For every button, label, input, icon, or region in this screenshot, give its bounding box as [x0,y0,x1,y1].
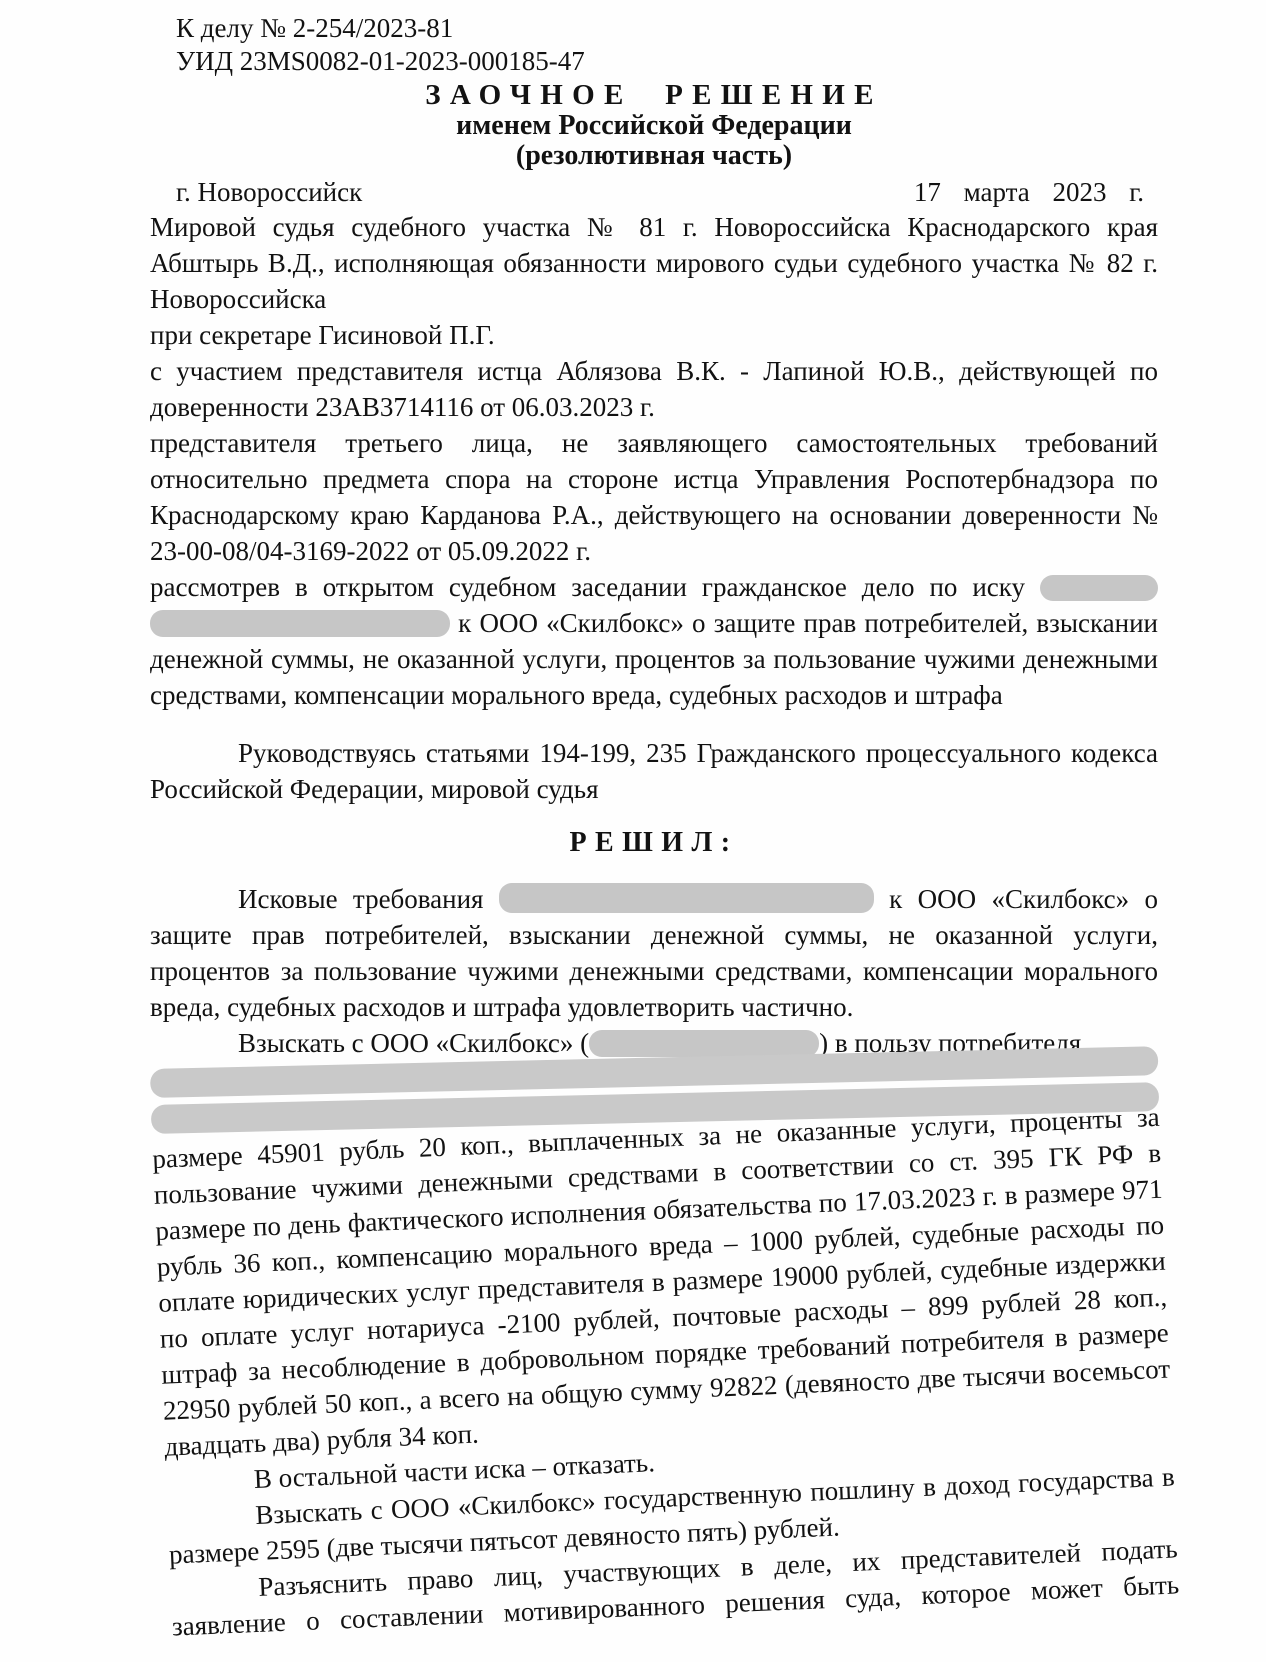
text-run: с участием представителя истца Аблязова … [150,356,1158,422]
plaintiff-rep-line: с участием представителя истца Аблязова … [150,353,1158,425]
court-decision-page: К делу № 2-254/2023-81 УИД 23MS0082-01-2… [0,0,1266,1662]
text-run: Взыскать с ООО «Скилбокс» ( [238,1028,589,1058]
redaction-pill [150,610,450,637]
document-body-lower: размере 45901 рубль 20 коп., выплаченных… [152,1099,1180,1645]
case-header: К делу № 2-254/2023-81 УИД 23MS0082-01-2… [176,12,1158,78]
third-party-rep-line: представителя третьего лица, не заявляющ… [150,425,1158,569]
document-title-note: (резолютивная часть) [150,141,1158,171]
title-block: ЗАОЧНОЕ РЕШЕНИЕ именем Российской Федера… [150,80,1158,171]
case-uid: УИД 23MS0082-01-2023-000185-47 [176,45,1158,78]
date: 17 марта 2023 г. [914,175,1158,209]
text-run: размере 45901 рубль 20 коп., выплаченных… [152,1102,1171,1462]
redaction-pill [1040,575,1158,601]
case-review-line: рассмотрев в открытом судебном заседании… [150,569,1158,713]
skewed-lower-block: размере 45901 рубль 20 коп., выплаченных… [150,1046,1171,1645]
text-run: РЕШИЛ: [570,827,739,858]
text-run: Исковые требования [238,884,499,914]
text-run: Руководствуясь статьями 194-199, 235 Гра… [150,738,1158,804]
secretary-line: при секретаре Гисиновой П.Г. [150,317,1158,353]
text-run: при секретаре Гисиновой П.Г. [150,320,495,350]
document-subtitle: именем Российской Федерации [150,111,1158,141]
ruling-heading: РЕШИЛ: [150,827,1158,859]
text-run: рассмотрев в открытом судебном заседании… [150,572,1040,602]
document-content: К делу № 2-254/2023-81 УИД 23MS0082-01-2… [150,12,1158,1645]
place-date-line: г. Новороссийск 17 марта 2023 г. [150,175,1158,209]
judge-line: Мировой судья судебного участка № 81 г. … [150,209,1158,317]
recovery-amounts: размере 45901 рубль 20 коп., выплаченных… [152,1099,1173,1465]
claims-decision: Исковые требования к ООО «Скилбокс» о за… [150,881,1158,1025]
case-number: К делу № 2-254/2023-81 [176,12,1158,45]
legal-basis-line: Руководствуясь статьями 194-199, 235 Гра… [150,735,1158,807]
text-run: представителя третьего лица, не заявляющ… [150,428,1158,566]
redaction-pill [589,1030,819,1057]
redaction-pill [499,883,874,913]
place: г. Новороссийск [150,175,362,209]
document-body: Мировой судья судебного участка № 81 г. … [150,209,1158,1061]
text-run: Мировой судья судебного участка № 81 г. … [150,212,1158,314]
document-title: ЗАОЧНОЕ РЕШЕНИЕ [150,80,1158,111]
